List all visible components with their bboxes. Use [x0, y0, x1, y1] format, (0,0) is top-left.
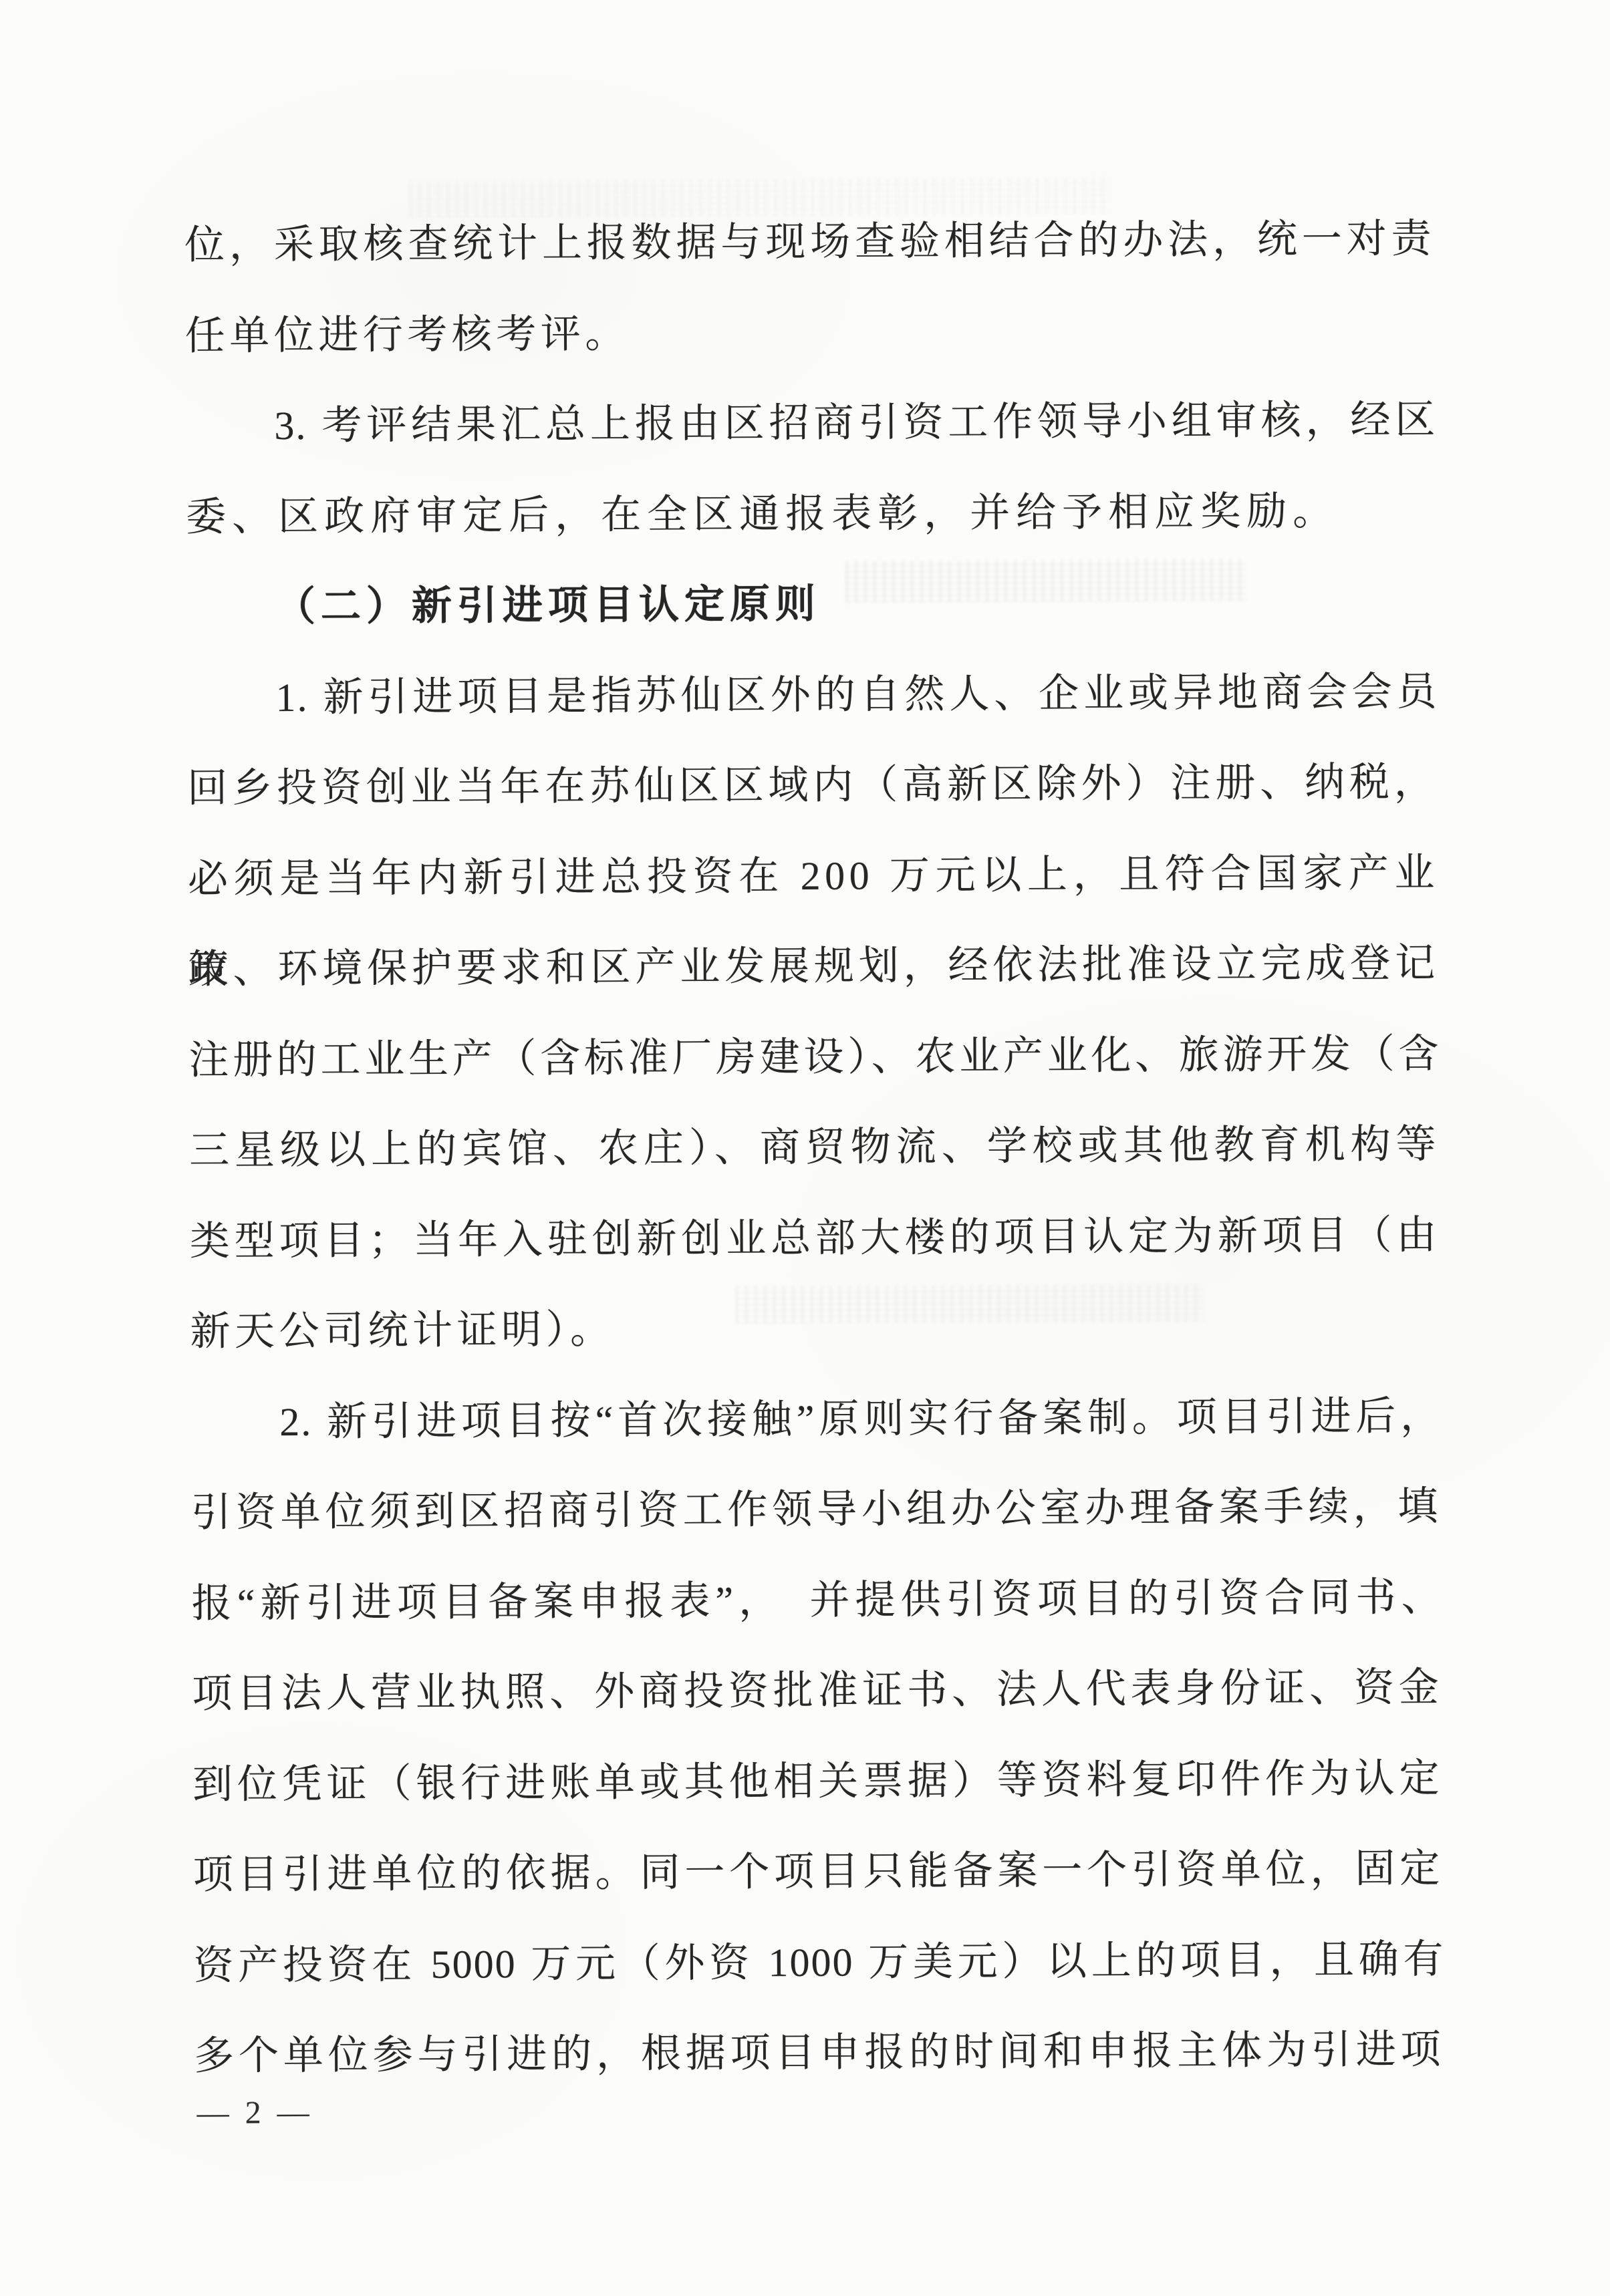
- text-line: 类型项目；当年入驻创新创业总部大楼的项目认定为新项目（由: [189, 1189, 1441, 1286]
- text-line: 3. 考评结果汇总上报由区招商引资工作领导小组审核，经区: [185, 375, 1437, 472]
- text-line: 三星级以上的宾馆、农庄）、商贸物流、学校或其他教育机构等: [189, 1099, 1441, 1196]
- text-line: 回乡投资创业当年在苏仙区区域内（高新区除外）注册、纳税，: [187, 737, 1439, 834]
- text-line: 注册的工业生产（含标准厂房建设）、农业产业化、旅游开发（含: [188, 1009, 1440, 1106]
- text-line: 任单位进行考核考评。: [184, 285, 1436, 382]
- text-line: 到位凭证（银行进账单或其他相关票据）等资料复印件作为认定: [192, 1733, 1444, 1830]
- text-line: 位，采取核查统计上报数据与现场查验相结合的办法，统一对责: [184, 194, 1436, 291]
- page-number: — 2 —: [196, 2094, 313, 2132]
- text-line: 2. 新引进项目按“首次接触”原则实行备案制。项目引进后，: [190, 1371, 1442, 1467]
- text-line: 1. 新引进项目是指苏仙区外的自然人、企业或异地商会会员: [186, 647, 1438, 744]
- section-heading: （二）新引进项目认定原则: [186, 556, 1438, 653]
- text-line: 策、环境保护要求和区产业发展规划，经依法批准设立完成登记: [188, 918, 1440, 1015]
- text-line: 引资单位须到区招商引资工作领导小组办公室办理备案手续，填: [191, 1461, 1443, 1558]
- text-line: 新天公司统计证明）。: [190, 1280, 1442, 1377]
- text-line: 多个单位参与引进的，根据项目申报的时间和申报主体为引进项: [194, 2005, 1446, 2102]
- text-line: 报“新引进项目备案申报表”， 并提供引资项目的引资合同书、: [191, 1552, 1443, 1648]
- text-line: 必须是当年内新引进总投资在 200 万元以上，且符合国家产业政: [188, 828, 1440, 925]
- text-line: 项目引进单位的依据。同一个项目只能备案一个引资单位，固定: [192, 1824, 1444, 1920]
- body-text: 位，采取核查统计上报数据与现场查验相结合的办法，统一对责 任单位进行考核考评。 …: [184, 194, 1446, 2102]
- text-line: 资产投资在 5000 万元（外资 1000 万美元）以上的项目，且确有: [193, 1914, 1445, 2011]
- text-line: 委、区政府审定后，在全区通报表彰，并给予相应奖励。: [186, 466, 1438, 563]
- document-page: 位，采取核查统计上报数据与现场查验相结合的办法，统一对责 任单位进行考核考评。 …: [0, 0, 1610, 2296]
- text-line: 项目法人营业执照、外商投资批准证书、法人代表身份证、资金: [192, 1642, 1444, 1739]
